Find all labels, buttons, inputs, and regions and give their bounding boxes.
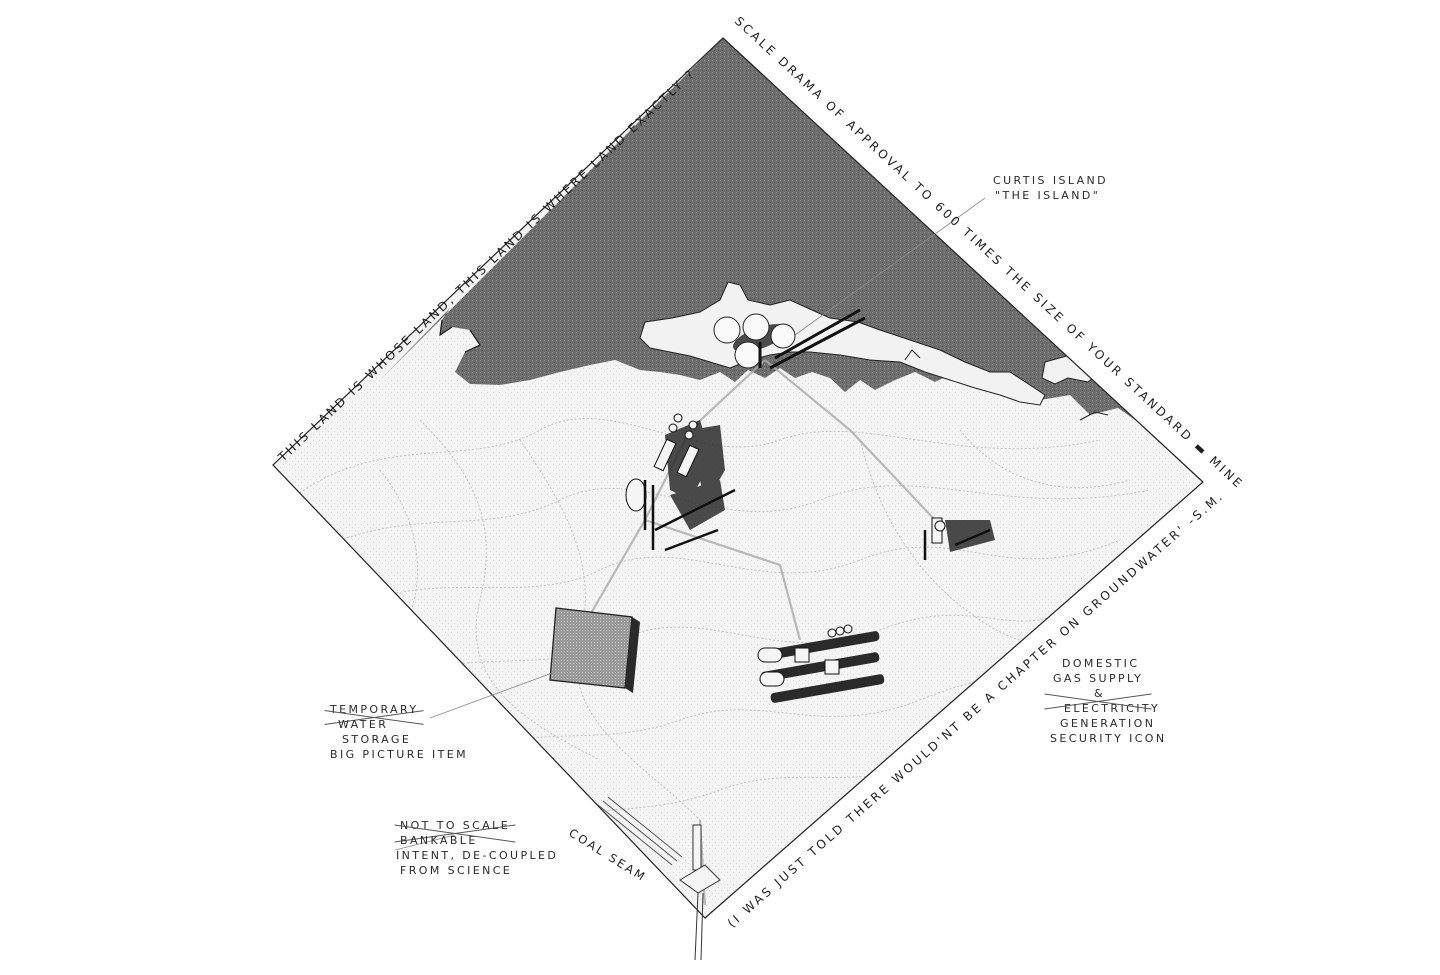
map-diamond: [260, 30, 1220, 930]
callout-water-line4: BIG PICTURE ITEM: [330, 747, 468, 762]
callout-domestic-gas: DOMESTIC GAS SUPPLY & ELECTRICITY GENERA…: [1050, 656, 1167, 746]
callout-domestic-line5: GENERATION: [1060, 716, 1156, 731]
callout-water-line1: TEMPORARY: [330, 702, 418, 717]
callout-island-line1: CURTIS ISLAND: [993, 173, 1108, 188]
water-storage-pond: [550, 608, 640, 693]
callout-scale-line4: FROM SCIENCE: [400, 863, 562, 878]
callout-water-storage: TEMPORARY WATER STORAGE BIG PICTURE ITEM: [330, 702, 468, 762]
callout-domestic-line3: &: [1094, 686, 1190, 701]
callout-water-line2: WATER: [338, 717, 426, 732]
map-canvas: THIS LAND IS WHOSE LAND, THIS LAND IS WH…: [0, 0, 1440, 975]
callout-island-line2: "THE ISLAND": [995, 188, 1110, 203]
callout-not-to-scale: NOT TO SCALE BANKABLE INTENT, DE-COUPLED…: [400, 818, 562, 878]
callout-domestic-line1: DOMESTIC: [1062, 656, 1179, 671]
callout-domestic-line4: ELECTRICITY: [1064, 701, 1160, 716]
callout-scale-line3: INTENT, DE-COUPLED: [396, 848, 558, 863]
callout-water-line3: STORAGE: [342, 732, 480, 747]
callout-domestic-line2: GAS SUPPLY: [1053, 671, 1149, 686]
callout-curtis-island: CURTIS ISLAND "THE ISLAND": [993, 173, 1108, 203]
callout-scale-line2: BANKABLE: [400, 833, 510, 848]
callout-scale-line1: NOT TO SCALE: [400, 818, 510, 833]
callout-domestic-line6: SECURITY ICON: [1050, 731, 1167, 746]
